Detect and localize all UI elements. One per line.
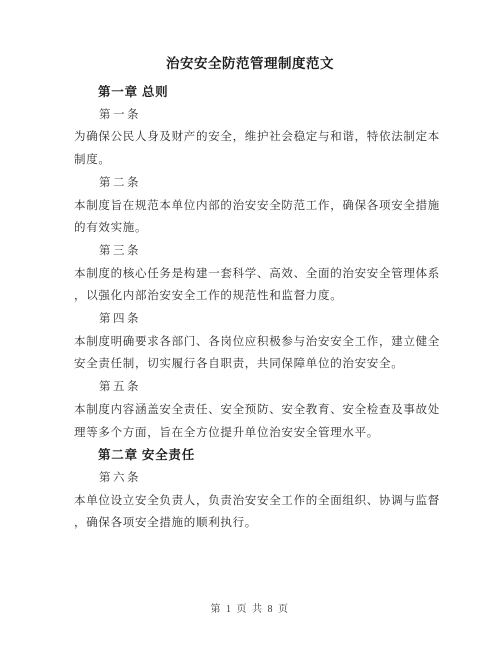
- article-label: 第一条: [99, 104, 500, 127]
- article-label: 第五条: [99, 376, 500, 399]
- paragraph-line: 本单位设立安全负责人，负责治安安全工作的全面组织、协调与监督: [74, 490, 500, 513]
- document-page: 治安安全防范管理制度范文 第一章 总则 第一条 为确保公民人身及财产的安全，维护…: [0, 0, 500, 647]
- article-label: 第三条: [99, 240, 500, 263]
- paragraph-line: 安全责任制，切实履行各自职责，共同保障单位的治安安全。: [74, 353, 500, 376]
- article-label: 第四条: [99, 308, 500, 331]
- paragraph-line: 本制度内容涵盖安全责任、安全预防、安全教育、安全检查及事故处: [74, 399, 500, 422]
- paragraph-line: 的有效实施。: [74, 217, 500, 240]
- paragraph-line: 理等多个方面，旨在全方位提升单位治安安全管理水平。: [74, 422, 500, 445]
- article-label: 第六条: [99, 467, 500, 490]
- paragraph-line: 本制度明确要求各部门、各岗位应积极参与治安安全工作，建立健全: [74, 331, 500, 354]
- paragraph-line: 制度。: [74, 149, 500, 172]
- document-body: 第一章 总则 第一条 为确保公民人身及财产的安全，维护社会稳定与和谐，特依法制定…: [0, 81, 500, 535]
- paragraph-line: 为确保公民人身及财产的安全，维护社会稳定与和谐，特依法制定本: [74, 126, 500, 149]
- chapter-heading: 第二章 安全责任: [98, 444, 500, 467]
- chapter-heading: 第一章 总则: [98, 81, 500, 104]
- paragraph-line: 本制度旨在规范本单位内部的治安安全防范工作，确保各项安全措施: [74, 195, 500, 218]
- page-number: 第 1 页 共 8 页: [0, 600, 500, 615]
- paragraph-line: 本制度的核心任务是构建一套科学、高效、全面的治安安全管理体系: [74, 263, 500, 286]
- paragraph-line: ，确保各项安全措施的顺利执行。: [74, 512, 500, 535]
- article-label: 第二条: [99, 172, 500, 195]
- document-title: 治安安全防范管理制度范文: [0, 0, 500, 73]
- paragraph-line: ，以强化内部治安安全工作的规范性和监督力度。: [74, 285, 500, 308]
